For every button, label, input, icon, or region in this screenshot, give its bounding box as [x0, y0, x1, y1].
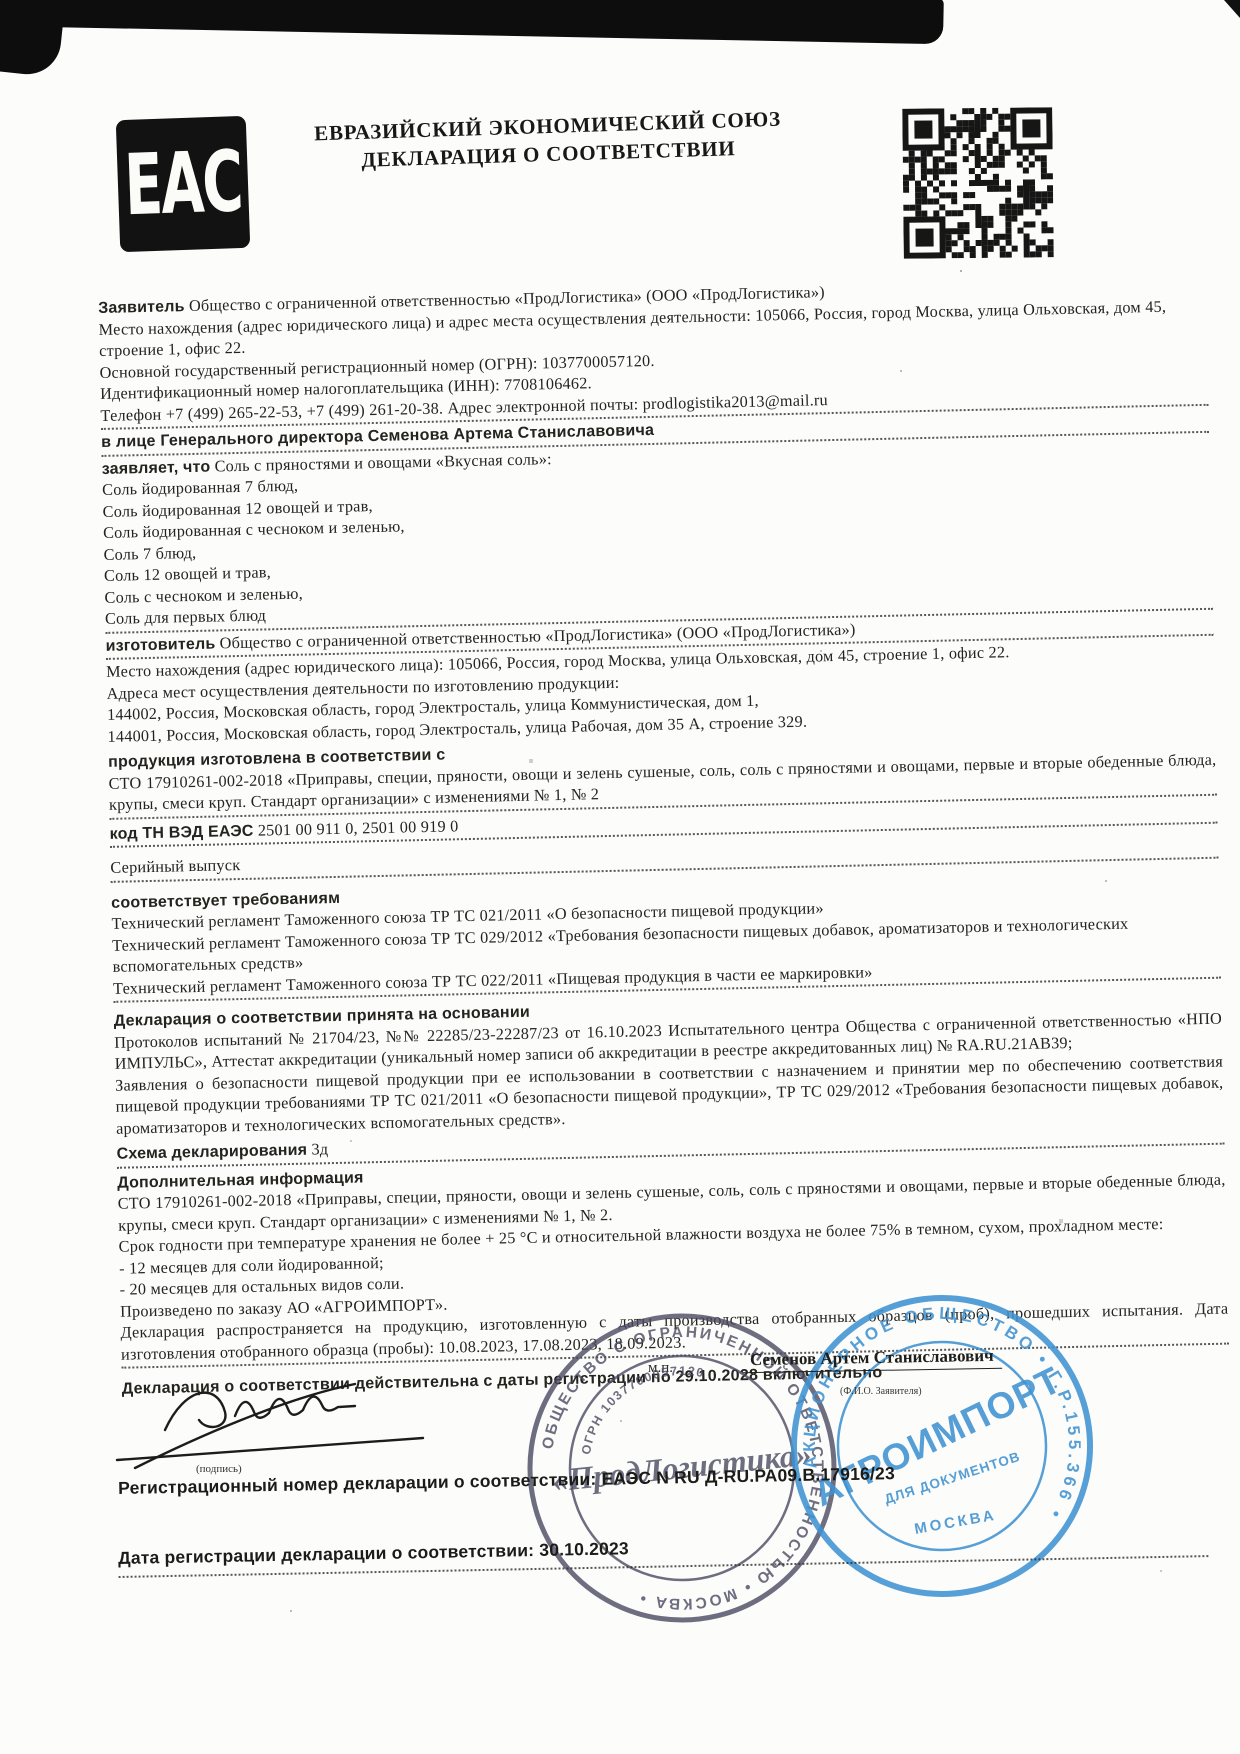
document-title: ЕВРАЗИЙСКИЙ ЭКОНОМИЧЕСКИЙ СОЮЗ ДЕКЛАРАЦИ… — [267, 103, 828, 177]
scan-smudge-corner — [0, 0, 66, 78]
declarant-name-caption: (Ф.И.О. Заявителя) — [840, 1386, 922, 1397]
scan-mark-top-right — [1224, 0, 1240, 18]
qr-code — [902, 107, 1054, 259]
scan-smudge-top — [0, 0, 944, 44]
declarant-name: Семенов Артем Станиславович — [742, 1346, 1002, 1374]
document-page: ЕАС ЕВРАЗИЙСКИЙ ЭКОНОМИЧЕСКИЙ СОЮЗ ДЕКЛА… — [0, 0, 1240, 1754]
signature-caption: (подпись) — [196, 1463, 242, 1475]
document-body: Заявитель Общество с ограниченной ответс… — [98, 274, 1230, 1400]
eac-logo: ЕАС — [116, 116, 251, 252]
registration-date-label: Дата регистрации декларации о соответств… — [118, 1540, 534, 1568]
eac-logo-text: ЕАС — [123, 133, 243, 235]
registration-date-value: 30.10.2023 — [539, 1538, 629, 1560]
stamp2-center-text: АГРОИМПОРТ — [807, 1359, 1068, 1514]
registration-number-value: ЕАЭС N RU Д-RU.РА09.В.17916/23 — [601, 1463, 895, 1489]
signature — [105, 1368, 445, 1478]
agroimport-stamp: АКЦИОНЕРНОЕ ОБЩЕСТВО • Г.Р.155.366 • АГР… — [729, 1233, 1155, 1659]
